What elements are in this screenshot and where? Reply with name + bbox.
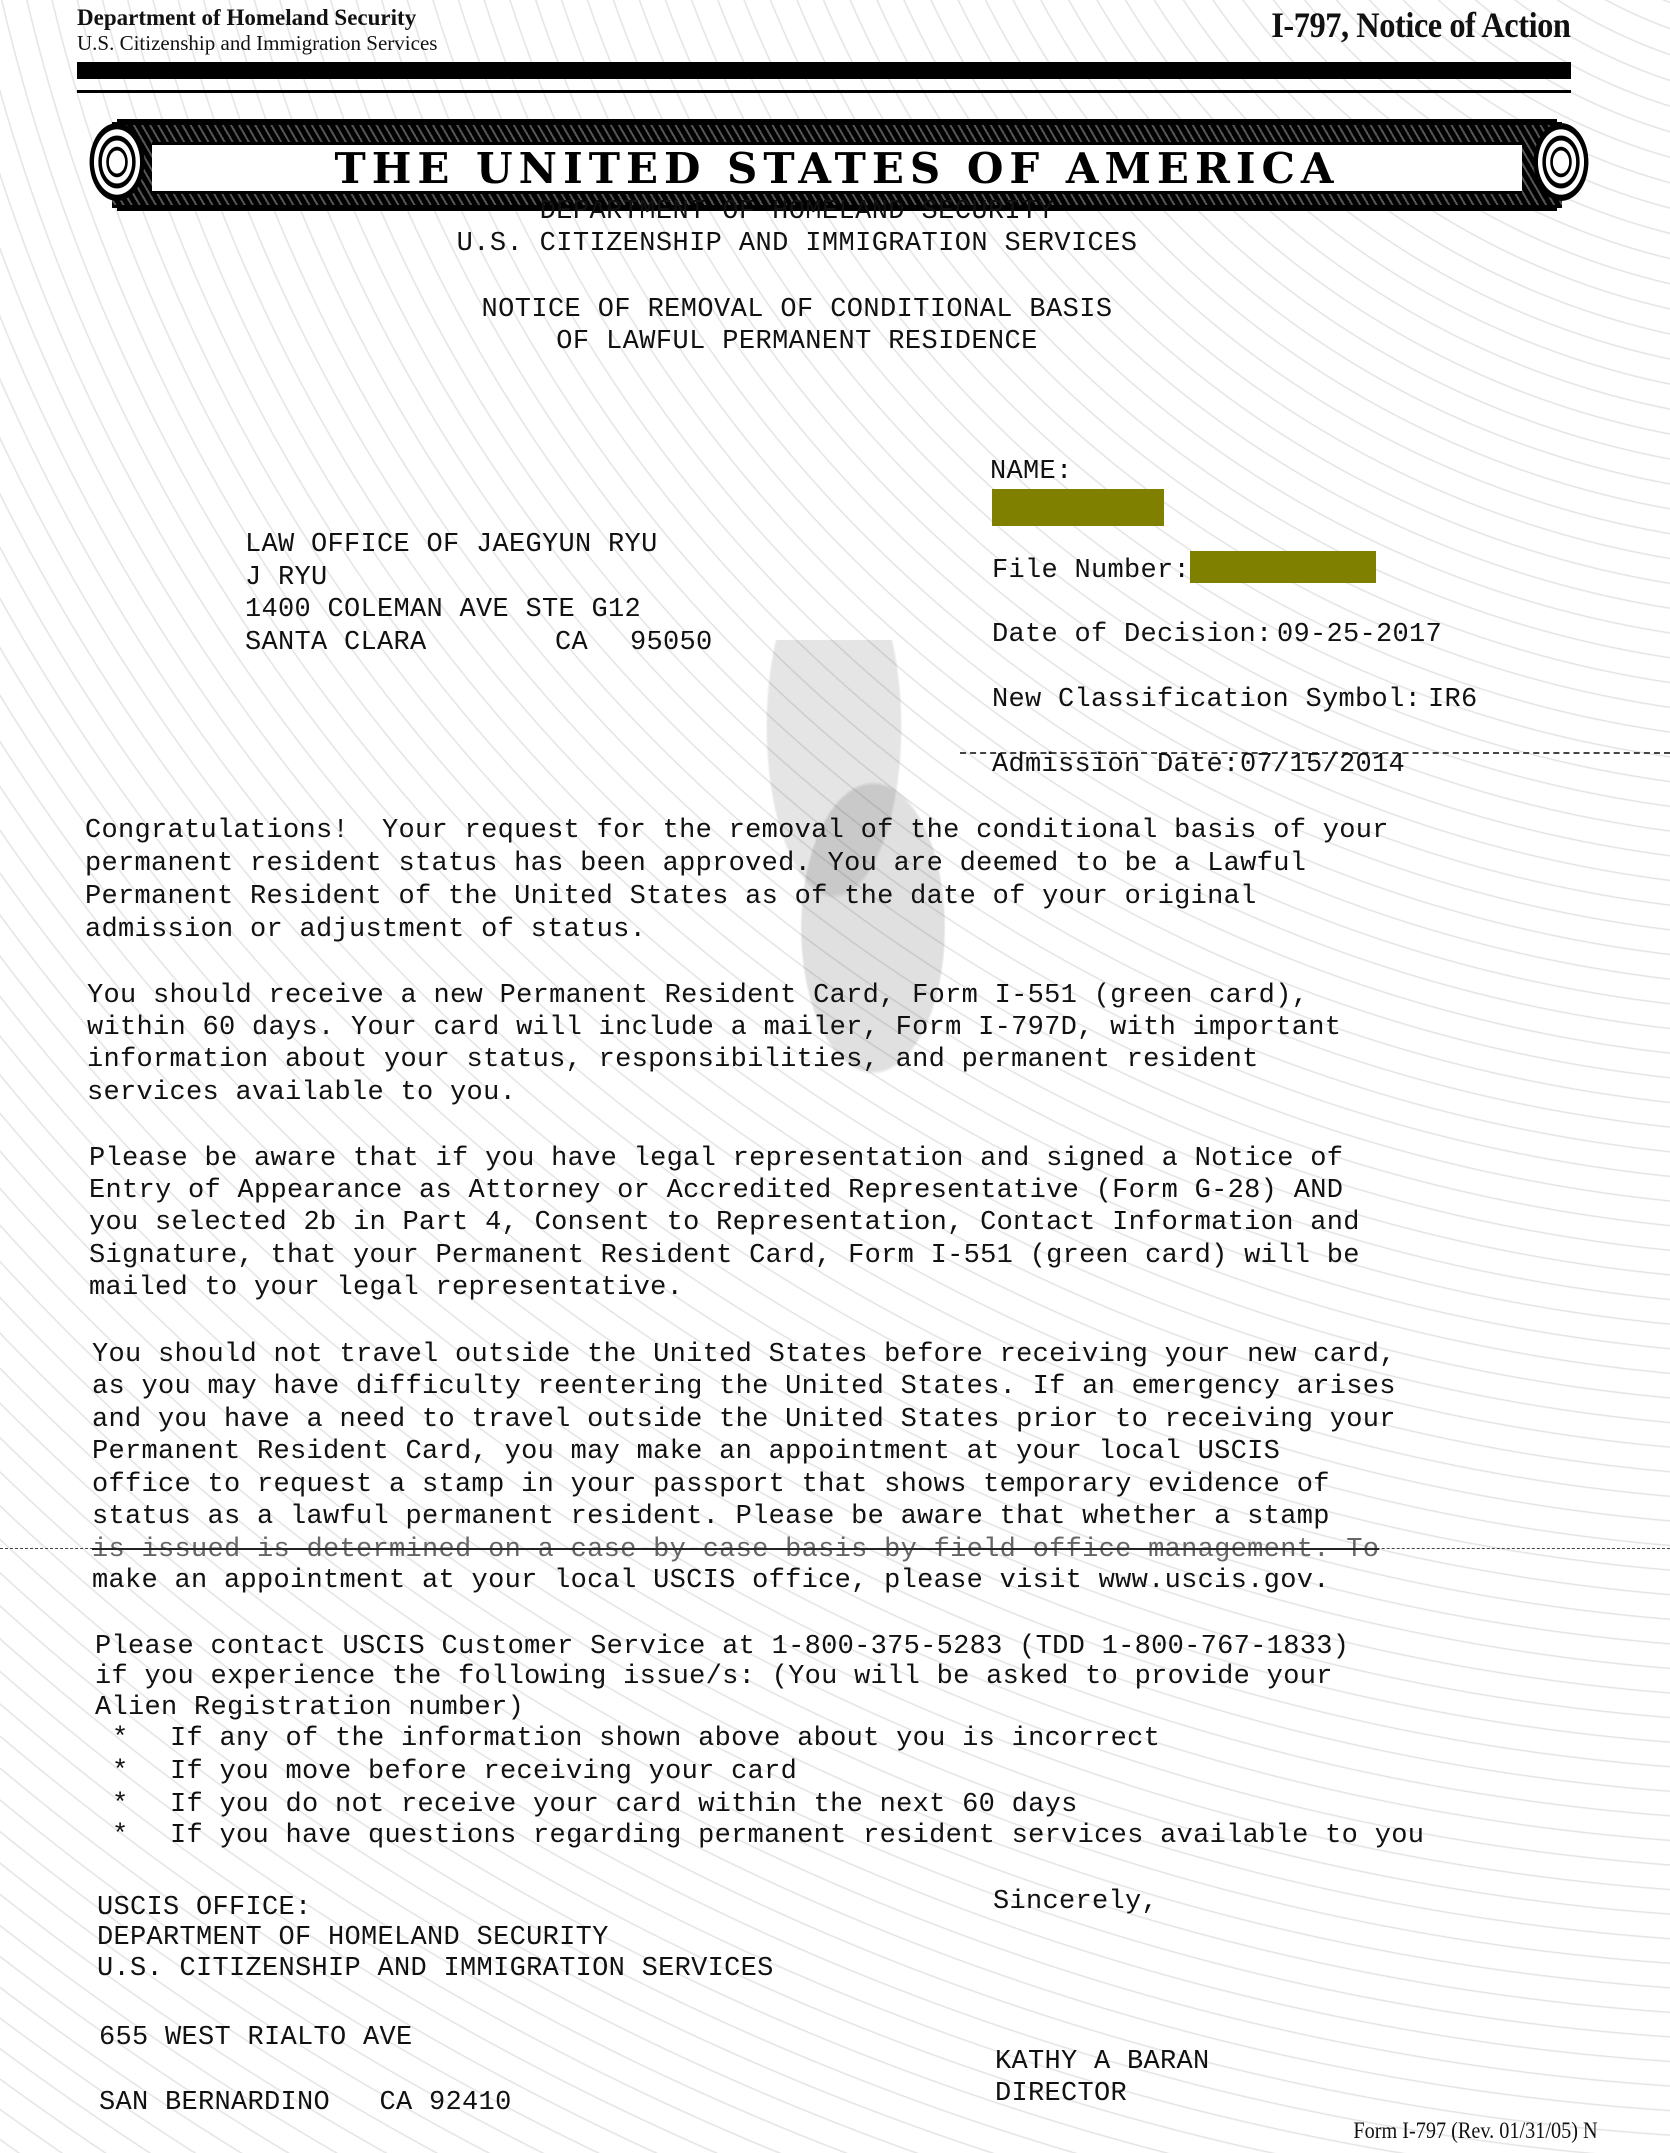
admission-date-label: Admission Date:	[992, 749, 1240, 782]
office-city: SAN BERNARDINO CA 92410	[99, 2087, 512, 2120]
agency-subname: U.S. Citizenship and Immigration Service…	[77, 30, 437, 56]
paragraph-line: You should not travel outside the United…	[92, 1339, 1396, 1372]
paragraph-line: information about your status, responsib…	[87, 1044, 1259, 1077]
form-revision: Form I-797 (Rev. 01/31/05) N	[1354, 2118, 1598, 2144]
agency-heading-1: DEPARTMENT OF HOMELAND SECURITY	[0, 197, 1594, 227]
form-title: I-797, Notice of Action	[1271, 4, 1570, 46]
paragraph-line: Alien Registration number)	[95, 1692, 524, 1725]
address-line: J RYU	[245, 562, 328, 595]
name-label: NAME:	[990, 456, 1073, 489]
bullet-icon: *	[112, 1789, 129, 1822]
paragraph-line: within 60 days. Your card will include a…	[87, 1012, 1341, 1045]
date-of-decision-label: Date of Decision:	[992, 619, 1273, 652]
paragraph-line: Permanent Resident Card, you may make an…	[92, 1436, 1280, 1469]
paragraph-line: Signature, that your Permanent Resident …	[89, 1240, 1360, 1273]
signer-title: DIRECTOR	[995, 2078, 1127, 2111]
bullet-icon: *	[112, 1820, 129, 1853]
paragraph-line: and you have a need to travel outside th…	[92, 1404, 1396, 1437]
rosette-ornament-icon	[1530, 118, 1592, 206]
address-city: SANTA CLARA	[245, 627, 427, 660]
paragraph-line: you selected 2b in Part 4, Consent to Re…	[89, 1207, 1360, 1240]
address-state: CA	[555, 627, 588, 660]
classification-label: New Classification Symbol:	[992, 684, 1421, 717]
file-number-redaction	[1190, 551, 1376, 583]
paragraph-line: if you experience the following issue/s:…	[95, 1661, 1333, 1694]
agency-heading-2: U.S. CITIZENSHIP AND IMMIGRATION SERVICE…	[0, 229, 1594, 259]
header-rule-thin	[77, 90, 1571, 93]
classification-value: IR6	[1428, 684, 1478, 717]
office-line: DEPARTMENT OF HOMELAND SECURITY	[97, 1922, 609, 1955]
paragraph-line: Congratulations! Your request for the re…	[85, 815, 1389, 848]
paragraph-line: Entry of Appearance as Attorney or Accre…	[89, 1175, 1343, 1208]
paragraph-line: Permanent Resident of the United States …	[85, 881, 1257, 914]
paragraph-line: admission or adjustment of status.	[85, 914, 646, 947]
banner-text: The United States of America	[152, 142, 1522, 194]
closing: Sincerely,	[993, 1886, 1158, 1919]
paragraph-line-obscured: is issued is determined on a case-by-cas…	[92, 1534, 1379, 1567]
office-line: U.S. CITIZENSHIP AND IMMIGRATION SERVICE…	[97, 1953, 774, 1986]
paragraph-line: as you may have difficulty reentering th…	[92, 1371, 1396, 1404]
notice-title-2: OF LAWFUL PERMANENT RESIDENCE	[0, 327, 1594, 357]
rosette-ornament-icon	[86, 118, 148, 206]
file-number-label: File Number:	[992, 555, 1190, 588]
office-street: 655 WEST RIALTO AVE	[99, 2022, 413, 2055]
address-line: LAW OFFICE OF JAEGYUN RYU	[245, 529, 658, 562]
notice-title-1: NOTICE OF REMOVAL OF CONDITIONAL BASIS	[0, 295, 1594, 325]
name-redaction	[992, 489, 1164, 526]
paragraph-line: status as a lawful permanent resident. P…	[92, 1501, 1330, 1534]
paragraph-line: office to request a stamp in your passpo…	[92, 1469, 1330, 1502]
paragraph-line: services available to you.	[87, 1077, 516, 1110]
paragraph-line: Please contact USCIS Customer Service at…	[95, 1631, 1349, 1664]
agency-name: Department of Homeland Security	[77, 4, 416, 32]
office-label: USCIS OFFICE:	[97, 1892, 312, 1925]
paragraph-line: mailed to your legal representative.	[89, 1272, 683, 1305]
list-item: If you move before receiving your card	[170, 1756, 797, 1789]
paragraph-line: You should receive a new Permanent Resid…	[87, 980, 1308, 1013]
admission-date-value: 07/15/2014	[1240, 749, 1405, 782]
list-item: If you do not receive your card within t…	[170, 1789, 1078, 1822]
paragraph-line: Please be aware that if you have legal r…	[89, 1143, 1343, 1176]
usa-banner: The United States of America	[112, 122, 1562, 208]
address-line: 1400 COLEMAN AVE STE G12	[245, 594, 641, 627]
bullet-icon: *	[112, 1723, 129, 1756]
header-rule-thick	[77, 62, 1571, 79]
list-item: If you have questions regarding permanen…	[170, 1820, 1424, 1853]
signer-name: KATHY A BARAN	[995, 2046, 1210, 2079]
address-zip: 95050	[630, 627, 713, 660]
bullet-icon: *	[112, 1756, 129, 1789]
date-of-decision-value: 09-25-2017	[1277, 619, 1442, 652]
paragraph-line: make an appointment at your local USCIS …	[92, 1565, 1330, 1598]
list-item: If any of the information shown above ab…	[170, 1723, 1160, 1756]
paragraph-line: permanent resident status has been appro…	[85, 848, 1306, 881]
